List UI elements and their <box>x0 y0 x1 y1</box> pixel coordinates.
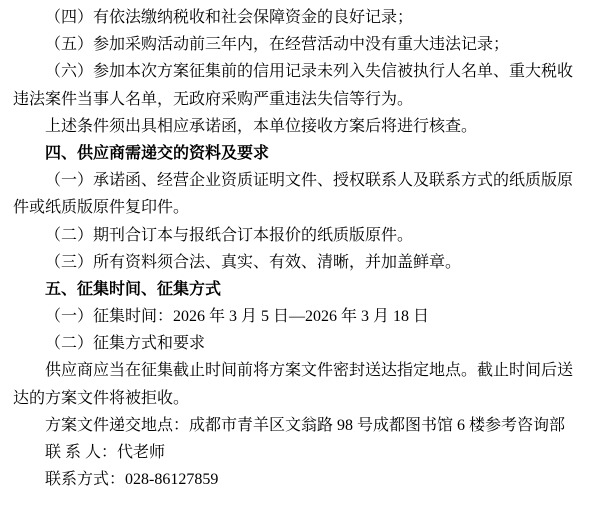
note-commitment-letter: 上述条件须出具相应承诺函，本单位接收方案后将进行核查。 <box>13 113 582 140</box>
list-item-materials-1-line1: （一）承诺函、经营企业资质证明文件、授权联系人及联系方式的纸质版原 <box>13 167 582 194</box>
list-item-materials-3: （三）所有资料须合法、真实、有效、清晰，并加盖鲜章。 <box>13 249 582 276</box>
paragraph-delivery-line1: 供应商应当在征集截止时间前将方案文件密封送达指定地点。截止时间后送 <box>13 357 582 384</box>
list-item-condition-6-line2: 违法案件当事人名单，无政府采购严重违法失信等行为。 <box>13 86 582 113</box>
paragraph-delivery-line2: 达的方案文件将被拒收。 <box>13 385 582 412</box>
list-item-collection-method: （二）征集方式和要求 <box>13 330 582 357</box>
line-contact-phone: 联系方式：028-86127859 <box>13 466 582 493</box>
document-page: （四）有依法缴纳税收和社会保障资金的良好记录； （五）参加采购活动前三年内，在经… <box>0 0 594 507</box>
list-item-condition-6-line1: （六）参加本次方案征集前的信用记录未列入失信被执行人名单、重大税收 <box>13 58 582 85</box>
list-item-materials-2: （二）期刊合订本与报纸合订本报价的纸质版原件。 <box>13 222 582 249</box>
section-heading-schedule: 五、征集时间、征集方式 <box>13 276 582 303</box>
list-item-collection-time: （一）征集时间：2026 年 3 月 5 日—2026 年 3 月 18 日 <box>13 303 582 330</box>
list-item-materials-1-line2: 件或纸质版原件复印件。 <box>13 194 582 221</box>
section-heading-materials: 四、供应商需递交的资料及要求 <box>13 140 582 167</box>
list-item-condition-5: （五）参加采购活动前三年内，在经营活动中没有重大违法记录； <box>13 31 582 58</box>
list-item-condition-4: （四）有依法缴纳税收和社会保障资金的良好记录； <box>13 4 582 31</box>
line-contact-person: 联 系 人：代老师 <box>13 439 582 466</box>
line-delivery-address: 方案文件递交地点：成都市青羊区文翁路 98 号成都图书馆 6 楼参考咨询部 <box>13 412 582 439</box>
